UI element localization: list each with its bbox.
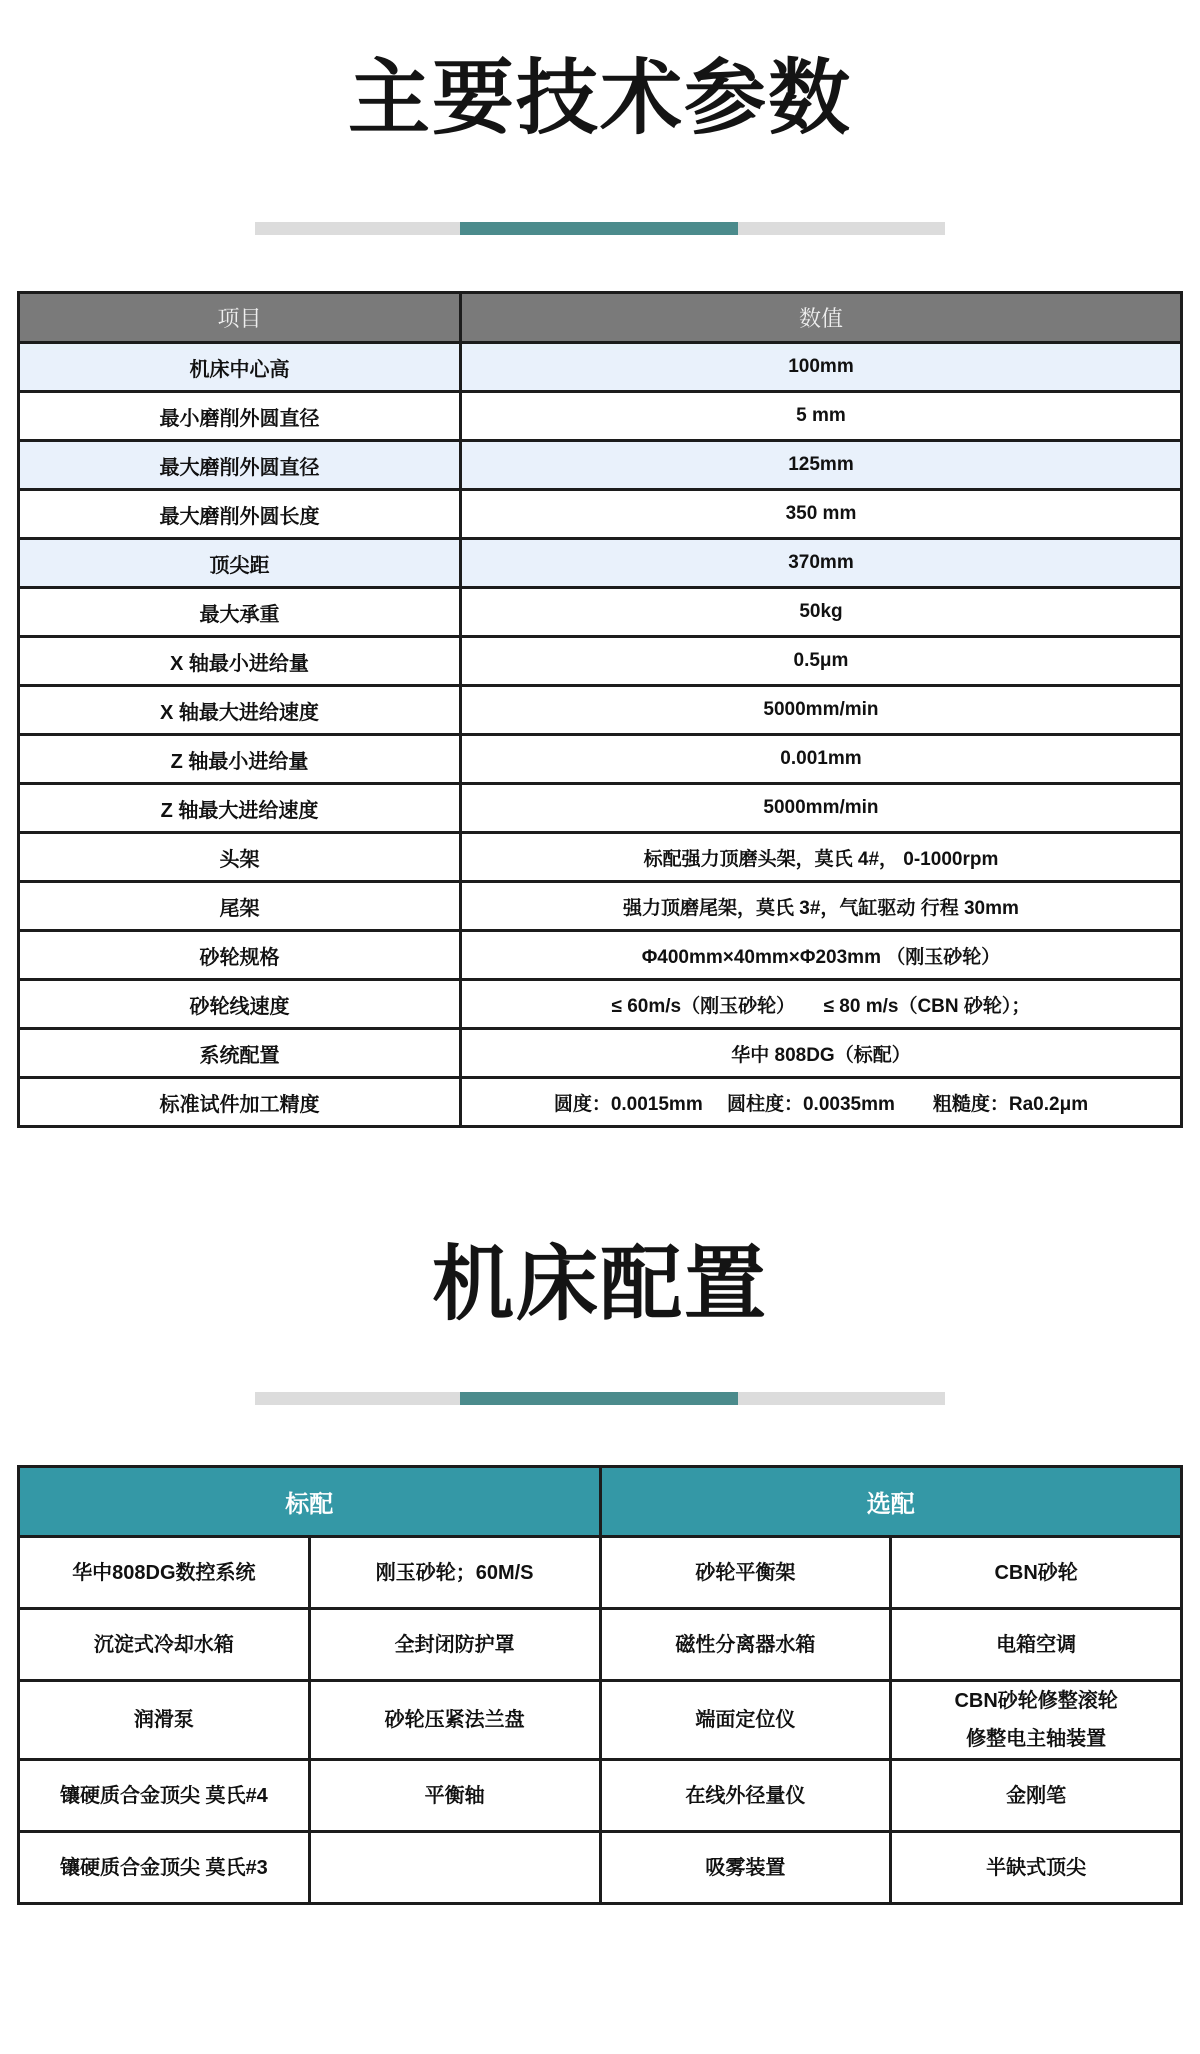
config-cell: CBN砂轮 (891, 1537, 1182, 1609)
spec-item: 尾架 (19, 882, 461, 931)
config-header-optional: 选配 (600, 1467, 1182, 1537)
specs-header-row: 项目 数值 (19, 293, 1182, 343)
config-cell: CBN砂轮修整滚轮 修整电主轴装置 (891, 1681, 1182, 1760)
spec-value: Φ400mm×40mm×Φ203mm （刚玉砂轮） (460, 931, 1181, 980)
spec-item: 机床中心高 (19, 343, 461, 392)
spec-value: 圆度：0.0015mm 圆柱度：0.0035mm 粗糙度：Ra0.2μm (460, 1078, 1181, 1127)
spec-row: 最大磨削外圆直径 125mm (19, 441, 1182, 490)
spec-row: 尾架 强力顶磨尾架，莫氏 3#，气缸驱动 行程 30mm (19, 882, 1182, 931)
spec-value: ≤ 60m/s（刚玉砂轮） ≤ 80 m/s（CBN 砂轮）； (460, 980, 1181, 1029)
spec-item: 最大承重 (19, 588, 461, 637)
config-cell: 在线外径量仪 (600, 1760, 891, 1832)
config-cell: 磁性分离器水箱 (600, 1609, 891, 1681)
spec-row: 最大磨削外圆长度 350 mm (19, 490, 1182, 539)
main-specs-table: 项目 数值 机床中心高 100mm 最小磨削外圆直径 5 mm 最大磨削外圆直径… (17, 291, 1183, 1128)
config-cell: 镶硬质合金顶尖 莫氏#4 (19, 1760, 310, 1832)
spec-value: 350 mm (460, 490, 1181, 539)
spec-item: 最大磨削外圆直径 (19, 441, 461, 490)
spec-sheet-page: 主要技术参数 项目 数值 机床中心高 100mm 最小磨削外圆直径 5 mm 最… (0, 0, 1200, 1905)
spec-value: 100mm (460, 343, 1181, 392)
spec-row: 最大承重 50kg (19, 588, 1182, 637)
section1-title: 主要技术参数 (0, 58, 1200, 140)
config-row: 镶硬质合金顶尖 莫氏#3 吸雾装置 半缺式顶尖 (19, 1832, 1182, 1904)
section2-title: 机床配置 (0, 1244, 1200, 1326)
title-divider (255, 222, 945, 235)
spec-value: 标配强力顶磨头架，莫氏 4#， 0-1000rpm (460, 833, 1181, 882)
config-cell: 半缺式顶尖 (891, 1832, 1182, 1904)
spec-row: 系统配置 华中 808DG（标配） (19, 1029, 1182, 1078)
spec-value: 强力顶磨尾架，莫氏 3#，气缸驱动 行程 30mm (460, 882, 1181, 931)
spec-row: 最小磨削外圆直径 5 mm (19, 392, 1182, 441)
divider-accent-bar (460, 1392, 738, 1405)
spec-row: 标准试件加工精度 圆度：0.0015mm 圆柱度：0.0035mm 粗糙度：Ra… (19, 1078, 1182, 1127)
spec-row: 顶尖距 370mm (19, 539, 1182, 588)
config-row: 润滑泵 砂轮压紧法兰盘 端面定位仪 CBN砂轮修整滚轮 修整电主轴装置 (19, 1681, 1182, 1760)
spec-item: 砂轮规格 (19, 931, 461, 980)
spec-item: 最小磨削外圆直径 (19, 392, 461, 441)
spec-value: 0.5μm (460, 637, 1181, 686)
config-cell: 全封闭防护罩 (309, 1609, 600, 1681)
spec-item: X 轴最小进给量 (19, 637, 461, 686)
config-cell: 端面定位仪 (600, 1681, 891, 1760)
specs-header-item: 项目 (19, 293, 461, 343)
spec-item: 砂轮线速度 (19, 980, 461, 1029)
spec-item: X 轴最大进给速度 (19, 686, 461, 735)
config-cell (309, 1832, 600, 1904)
config-header-standard: 标配 (19, 1467, 601, 1537)
config-cell: 镶硬质合金顶尖 莫氏#3 (19, 1832, 310, 1904)
specs-header-value: 数值 (460, 293, 1181, 343)
config-cell: 砂轮平衡架 (600, 1537, 891, 1609)
spec-item: 标准试件加工精度 (19, 1078, 461, 1127)
title-divider (255, 1392, 945, 1405)
spec-value: 5000mm/min (460, 784, 1181, 833)
spec-row: X 轴最小进给量 0.5μm (19, 637, 1182, 686)
spec-value: 5000mm/min (460, 686, 1181, 735)
spec-row: X 轴最大进给速度 5000mm/min (19, 686, 1182, 735)
config-cell: 吸雾装置 (600, 1832, 891, 1904)
spec-item: 顶尖距 (19, 539, 461, 588)
config-row: 沉淀式冷却水箱 全封闭防护罩 磁性分离器水箱 电箱空调 (19, 1609, 1182, 1681)
config-cell: 金刚笔 (891, 1760, 1182, 1832)
spec-value: 0.001mm (460, 735, 1181, 784)
spec-item: Z 轴最大进给速度 (19, 784, 461, 833)
spec-row: 机床中心高 100mm (19, 343, 1182, 392)
spec-item: Z 轴最小进给量 (19, 735, 461, 784)
spec-item: 头架 (19, 833, 461, 882)
config-cell: 沉淀式冷却水箱 (19, 1609, 310, 1681)
spec-item: 系统配置 (19, 1029, 461, 1078)
divider-accent-bar (460, 222, 738, 235)
config-row: 华中808DG数控系统 刚玉砂轮；60M/S 砂轮平衡架 CBN砂轮 (19, 1537, 1182, 1609)
config-cell: 平衡轴 (309, 1760, 600, 1832)
spec-value: 125mm (460, 441, 1181, 490)
spec-row: 头架 标配强力顶磨头架，莫氏 4#， 0-1000rpm (19, 833, 1182, 882)
machine-config-table: 标配 选配 华中808DG数控系统 刚玉砂轮；60M/S 砂轮平衡架 CBN砂轮… (17, 1465, 1183, 1905)
config-header-row: 标配 选配 (19, 1467, 1182, 1537)
spec-value: 370mm (460, 539, 1181, 588)
spec-value: 华中 808DG（标配） (460, 1029, 1181, 1078)
spec-row: Z 轴最大进给速度 5000mm/min (19, 784, 1182, 833)
spec-row: 砂轮规格 Φ400mm×40mm×Φ203mm （刚玉砂轮） (19, 931, 1182, 980)
spec-item: 最大磨削外圆长度 (19, 490, 461, 539)
spec-row: 砂轮线速度 ≤ 60m/s（刚玉砂轮） ≤ 80 m/s（CBN 砂轮）； (19, 980, 1182, 1029)
config-row: 镶硬质合金顶尖 莫氏#4 平衡轴 在线外径量仪 金刚笔 (19, 1760, 1182, 1832)
config-cell: 华中808DG数控系统 (19, 1537, 310, 1609)
spec-value: 50kg (460, 588, 1181, 637)
config-cell: 电箱空调 (891, 1609, 1182, 1681)
config-cell: 砂轮压紧法兰盘 (309, 1681, 600, 1760)
spec-value: 5 mm (460, 392, 1181, 441)
spec-row: Z 轴最小进给量 0.001mm (19, 735, 1182, 784)
config-cell: 润滑泵 (19, 1681, 310, 1760)
config-cell: 刚玉砂轮；60M/S (309, 1537, 600, 1609)
